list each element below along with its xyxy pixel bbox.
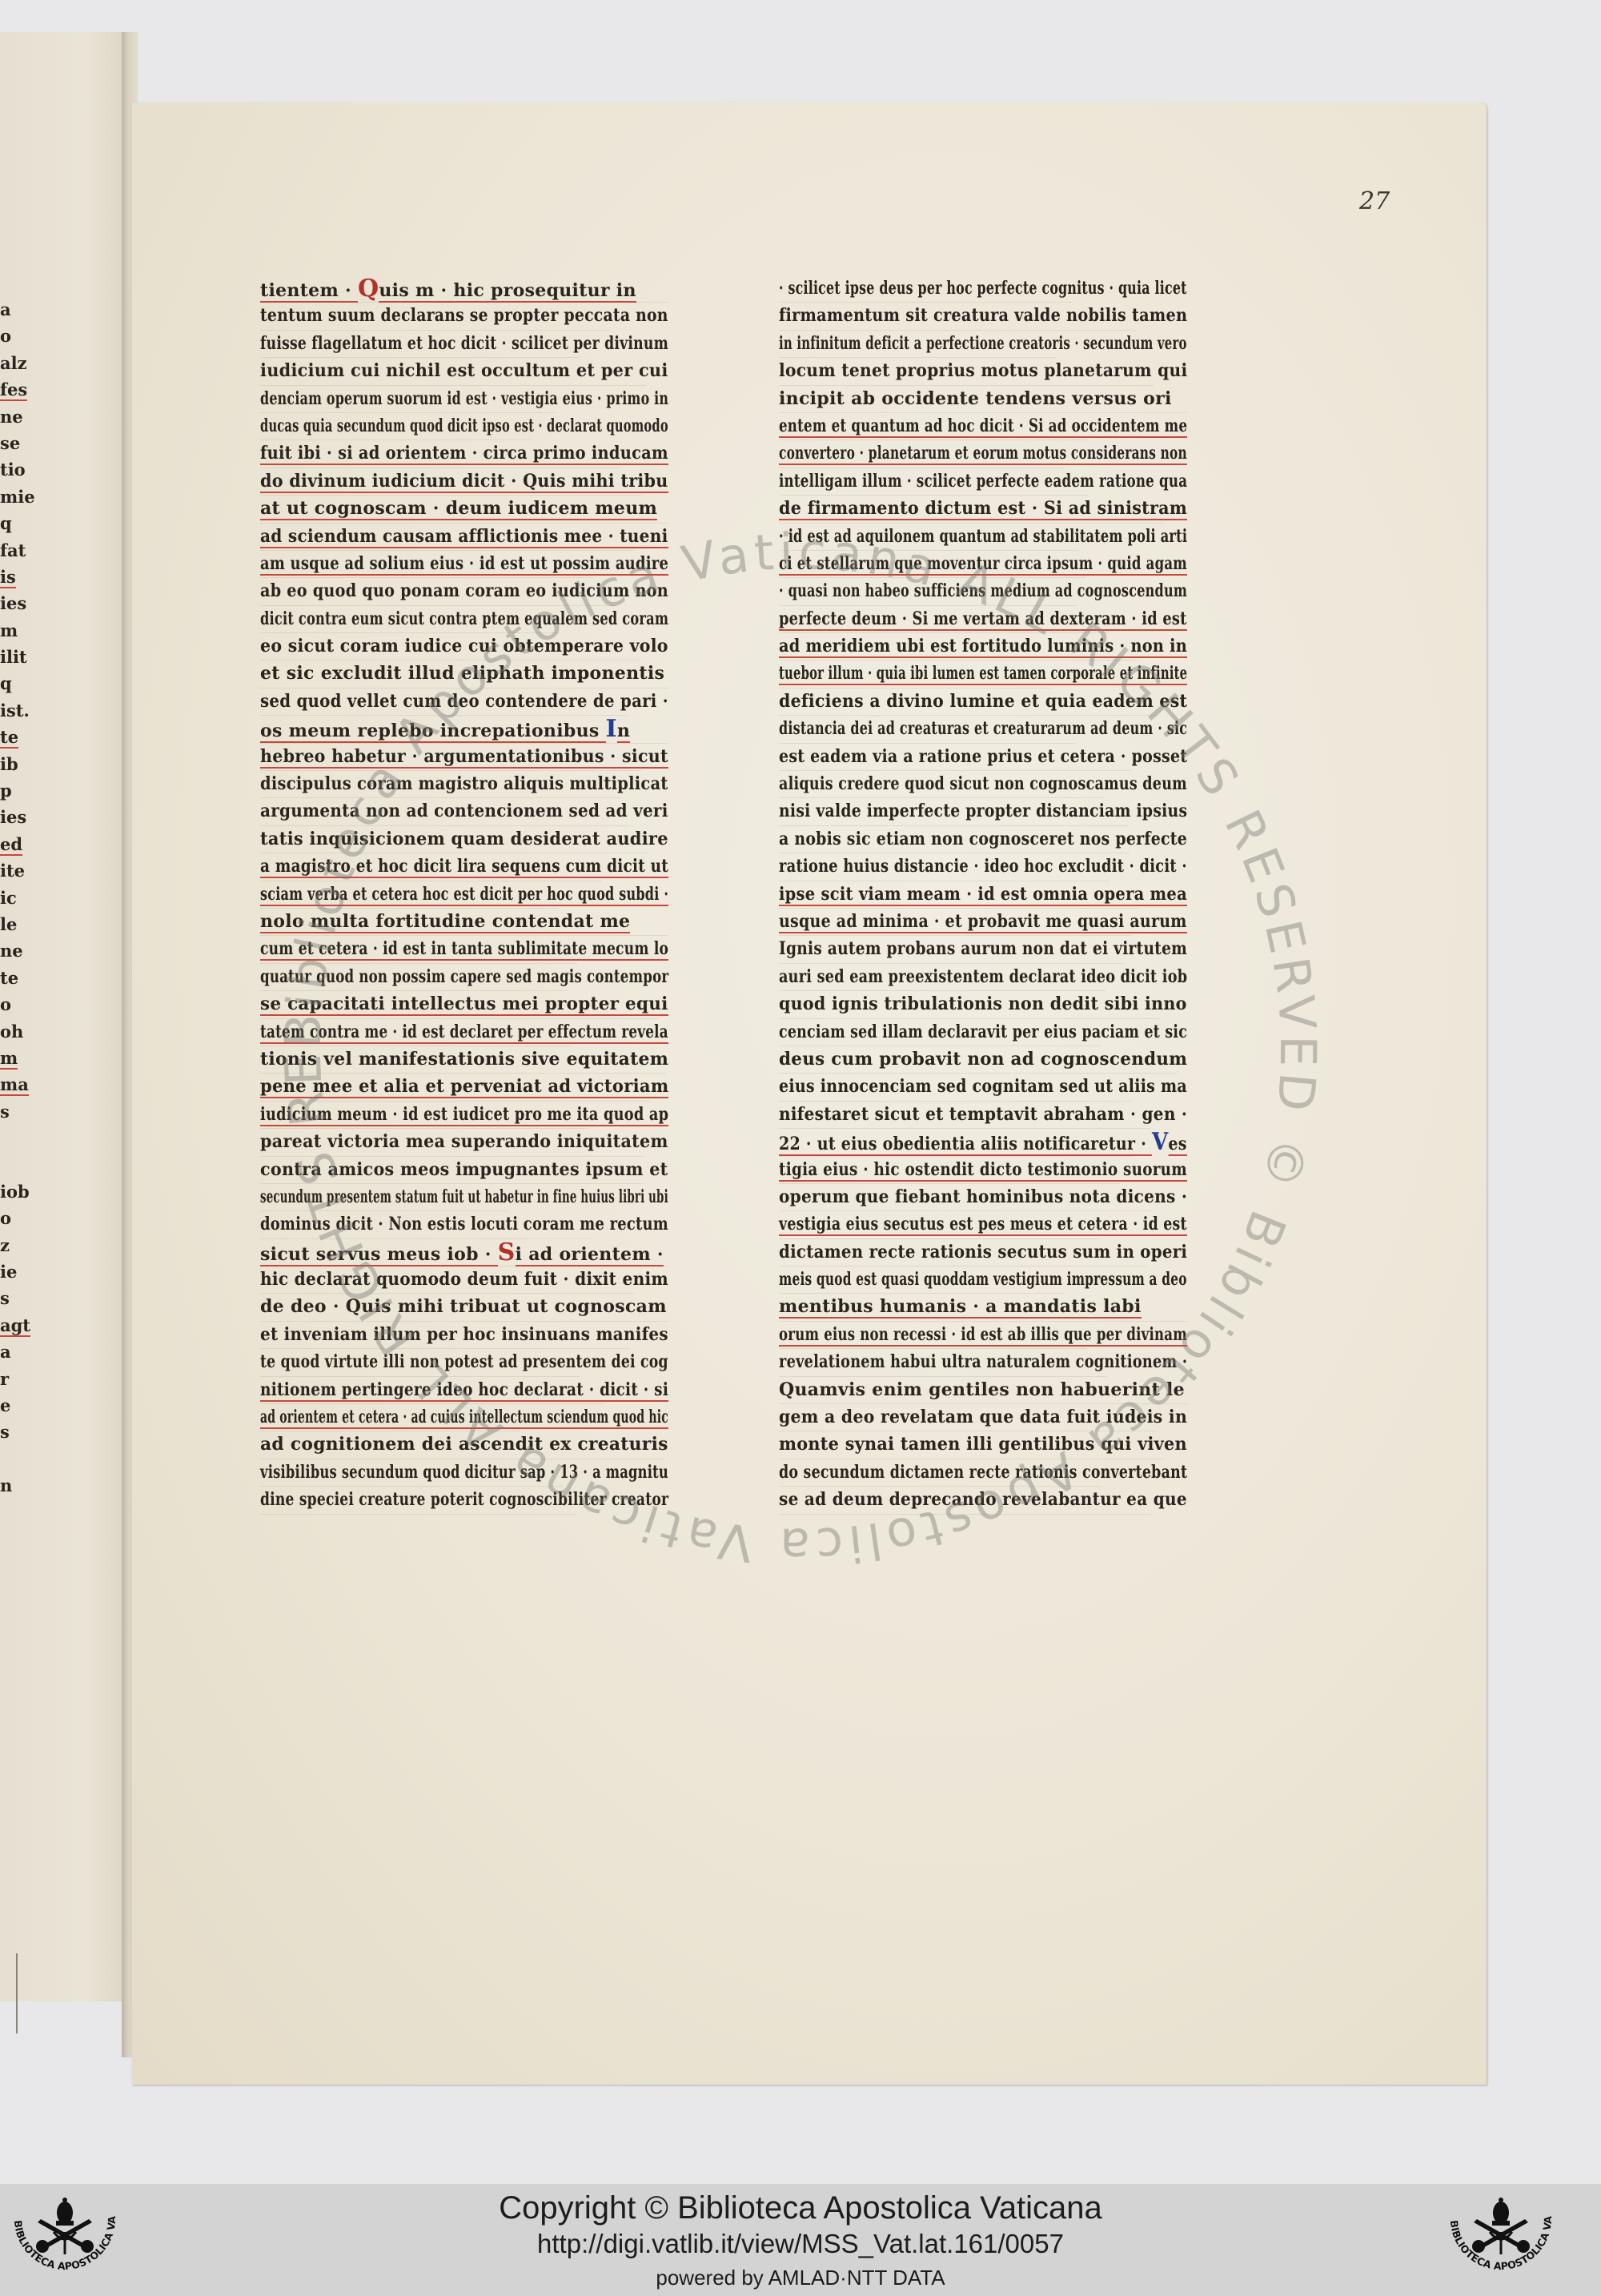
line-text: Quamvis enim gentiles non habuerint le	[779, 1379, 1185, 1400]
verso-line-fragment: te	[0, 965, 120, 991]
manuscript-line: est eadem via a ratione prius et cetera …	[779, 744, 1131, 771]
line-text: ab eo quod quo ponam coram eo iudicium n…	[260, 580, 668, 601]
line-text: at ut cognoscam · deum iudicem meum	[260, 498, 657, 520]
line-text: deus cum probavit non ad cognoscendum	[779, 1049, 1187, 1070]
line-text: ad cognitionem dei ascendit ex creaturis	[260, 1434, 668, 1455]
folio-number: 27	[1359, 187, 1390, 215]
line-text: dominus dicit · Non estis locuti coram m…	[260, 1214, 668, 1234]
manuscript-line: do divinum iudicium dicit · Quis mihi tr…	[260, 468, 644, 496]
line-text: meis quod est quasi quoddam vestigium im…	[779, 1269, 1187, 1290]
line-text: nifestaret sicut et temptavit abraham · …	[779, 1104, 1187, 1125]
line-text: nitionem pertingere ideo hoc declarat · …	[260, 1379, 668, 1402]
verso-line-fragment: o	[0, 323, 120, 349]
verso-line-fragment: is	[0, 564, 120, 590]
line-text: dine speciei creature poterit cognoscibi…	[260, 1489, 668, 1510]
manuscript-line: argumenta non ad contencionem sed ad ver…	[260, 798, 631, 825]
line-text: ducas quia secundum quod dicit ipso est …	[260, 415, 668, 436]
verso-line-fragment: r	[0, 1366, 120, 1392]
manuscript-line: orum eius non recessi · id est ab illis …	[779, 1322, 1086, 1349]
text-column-a: tientem · Quis m · hic prosequitur inten…	[260, 275, 668, 1515]
manuscript-line: ratione huius distancie · ideo hoc exclu…	[779, 853, 1110, 881]
manuscript-line: tentum suum declarans se propter peccata…	[260, 303, 609, 330]
line-text: distancia dei ad creaturas et creaturaru…	[779, 718, 1187, 739]
line-text: ad meridiem ubi est fortitudo luminis · …	[779, 636, 1187, 658]
verso-line-fragment: fes	[0, 376, 120, 403]
manuscript-line: dictamen recte rationis secutus sum in o…	[779, 1239, 1146, 1266]
manuscript-line: sicut servus meus iob · Si ad orientem ·	[260, 1239, 668, 1266]
line-text: contra amicos meos impugnantes ipsum et	[260, 1159, 668, 1180]
footer-bar: BIBLIOTECA APOSTOLICA VATICANA Copyright…	[0, 2184, 1601, 2296]
line-text: discipulus coram magistro aliquis multip…	[260, 773, 668, 794]
text-column-b: · scilicet ipse deus per hoc perfecte co…	[779, 275, 1187, 1515]
decorated-initial: S	[498, 1238, 516, 1266]
manuscript-line: de firmamento dictum est · Si ad sinistr…	[779, 496, 1163, 523]
line-text: entem et quantum ad hoc dicit · Si ad oc…	[779, 415, 1187, 438]
line-text: intelligam illum · scilicet perfecte ead…	[779, 471, 1187, 492]
line-text: tentum suum declarans se propter peccata…	[260, 305, 668, 326]
line-text: nolo multa fortitudine contendat me	[260, 911, 630, 933]
line-text: sicut servus meus iob ·	[260, 1244, 498, 1266]
line-text: sed quod vellet cum deo contendere de pa…	[260, 691, 668, 712]
verso-line-fragment: alz	[0, 350, 120, 376]
line-text: uis m · hic prosequitur in	[379, 280, 636, 303]
line-text: a magistro et hoc dicit lira sequens cum…	[260, 856, 668, 878]
decorated-initial: Q	[358, 275, 379, 303]
manuscript-line: nisi valde imperfecte propter distanciam…	[779, 798, 1128, 825]
line-text: a nobis sic etiam non cognosceret nos pe…	[779, 829, 1187, 849]
manuscript-line: quatur quod non possim capere sed magis …	[260, 964, 568, 991]
manuscript-line: hic declarat quomodo deum fuit · dixit e…	[260, 1266, 634, 1294]
line-text: mentibus humanis · a mandatis labi	[779, 1296, 1142, 1319]
line-text: tatem contra me · id est declaret per ef…	[260, 1022, 668, 1044]
manuscript-url[interactable]: http://digi.vatlib.it/view/MSS_Vat.lat.1…	[0, 2229, 1601, 2259]
manuscript-line: mentibus humanis · a mandatis labi	[779, 1294, 1187, 1321]
manuscript-line: · quasi non habeo sufficiens medium ad c…	[779, 578, 1077, 605]
manuscript-line: dominus dicit · Non estis locuti coram m…	[260, 1211, 592, 1238]
line-text: argumenta non ad contencionem sed ad ver…	[260, 801, 668, 821]
line-text: cum et cetera · id est in tanta sublimit…	[260, 938, 668, 961]
line-text: es	[1168, 1134, 1186, 1156]
manuscript-line: incipit ab occidente tendens versus ori	[779, 386, 1187, 413]
manuscript-line: eo sicut coram iudice cui obtemperare vo…	[260, 633, 641, 660]
verso-line-fragment: e	[0, 1392, 120, 1419]
manuscript-line: gem a deo revelatam que data fuit iudeis…	[779, 1404, 1158, 1431]
line-text: revelationem habui ultra naturalem cogni…	[779, 1351, 1187, 1372]
manuscript-line: Quamvis enim gentiles non habuerint le	[779, 1377, 1187, 1404]
verso-line-fragment: ne	[0, 403, 120, 430]
manuscript-line: cum et cetera · id est in tanta sublimit…	[260, 936, 577, 963]
line-text: tientem ·	[260, 280, 358, 303]
powered-by-text: powered by AMLAD·NTT DATA	[0, 2266, 1601, 2290]
manuscript-line: et sic excludit illud eliphath imponenti…	[260, 660, 668, 688]
manuscript-line: ad orientem et cetera · ad cuius intelle…	[260, 1404, 520, 1431]
manuscript-line: ipse scit viam meam · id est omnia opera…	[779, 881, 1141, 909]
line-text: tuebor illum · quia ibi lumen est tamen …	[779, 663, 1187, 685]
manuscript-line: distancia dei ad creaturas et creaturaru…	[779, 716, 1075, 743]
manuscript-line: quod ignis tribulationis non dedit sibi …	[779, 991, 1161, 1018]
manuscript-line: aliquis credere quod sicut non cognoscam…	[779, 771, 1104, 798]
verso-line-fragment: tio	[0, 456, 120, 483]
manuscript-line: tuebor illum · quia ibi lumen est tamen …	[779, 660, 1053, 688]
verso-line-fragment: le	[0, 911, 120, 937]
manuscript-line: iudicium meum · id est iudicet pro me it…	[260, 1102, 589, 1129]
line-text: auri sed eam preexistentem declarat ideo…	[779, 966, 1187, 987]
line-text: sciam verba et cetera hoc est dicit per …	[260, 884, 668, 906]
manuscript-line: se ad deum deprecando revelabantur ea qu…	[779, 1487, 1151, 1514]
line-text: i ad orientem ·	[516, 1244, 664, 1266]
verso-line-fragment: ie	[0, 1258, 120, 1285]
manuscript-line: te quod virtute illi non potest ad prese…	[260, 1349, 580, 1376]
manuscript-line: ci et stellarum que moventur circa ipsum…	[779, 551, 1085, 578]
line-text: tionis vel manifestationis sive equitate…	[260, 1049, 668, 1070]
vatican-library-seal-icon: BIBLIOTECA APOSTOLICA VATICANA	[1441, 2195, 1561, 2290]
manuscript-line: tigia eius · hic ostendit dicto testimon…	[779, 1157, 1120, 1184]
line-text: os meum replebo increpationibus	[260, 721, 606, 743]
verso-line-fragment: te	[0, 724, 120, 750]
verso-line-fragment: q	[0, 510, 120, 536]
verso-line-fragment	[0, 1125, 120, 1151]
verso-line-fragment: mie	[0, 484, 120, 510]
manuscript-line: nitionem pertingere ideo hoc declarat · …	[260, 1377, 604, 1404]
verso-page-fragment: aoalzfesnesetiomieqfatisiesmilitqist.tei…	[0, 32, 124, 2001]
line-text: · quasi non habeo sufficiens medium ad c…	[779, 580, 1187, 601]
verso-line-fragment: agt	[0, 1312, 120, 1339]
manuscript-line: usque ad minima · et probavit me quasi a…	[779, 909, 1131, 936]
line-text: in infinitum deficit a perfectione creat…	[779, 333, 1187, 354]
verso-line-fragment: p	[0, 777, 120, 804]
manuscript-line: os meum replebo increpationibus In	[260, 716, 668, 743]
verso-line-fragment: ies	[0, 590, 120, 616]
line-text: incipit ab occidente tendens versus ori	[779, 388, 1172, 409]
manuscript-line: pene mee et alia et perveniat ad victori…	[260, 1074, 651, 1101]
manuscript-line: in infinitum deficit a perfectione creat…	[779, 331, 1056, 358]
line-text: quod ignis tribulationis non dedit sibi …	[779, 993, 1187, 1014]
line-text: et sic excludit illud eliphath imponenti…	[260, 663, 664, 684]
manuscript-line: tatem contra me · id est declaret per ef…	[260, 1019, 572, 1046]
line-text: se capacitati intellectus mei propter eq…	[260, 993, 668, 1016]
line-text: perfecte deum · Si me vertam ad dexteram…	[779, 608, 1187, 631]
line-text: · id est ad aquilonem quantum ad stabili…	[779, 526, 1187, 547]
line-text: vestigia eius secutus est pes meus et ce…	[779, 1214, 1187, 1236]
manuscript-line: deus cum probavit non ad cognoscendum	[779, 1046, 1177, 1074]
manuscript-line: sed quod vellet cum deo contendere de pa…	[260, 688, 627, 716]
line-text: monte synai tamen illi gentilibus qui vi…	[779, 1434, 1187, 1455]
verso-line-fragment: ne	[0, 937, 120, 964]
manuscript-line: · id est ad aquilonem quantum ad stabili…	[779, 524, 1079, 551]
verso-line-fragment: ite	[0, 857, 120, 884]
manuscript-line: operum que fiebant hominibus nota dicens…	[779, 1184, 1151, 1211]
verso-ruling-line	[16, 1953, 18, 2033]
verso-line-fragment: s	[0, 1285, 120, 1311]
manuscript-line: ad sciendum causam afflictionis mee · tu…	[260, 524, 633, 551]
verso-line-fragment: m	[0, 617, 120, 644]
line-text: Ignis autem probans aurum non dat ei vir…	[779, 938, 1187, 959]
manuscript-line: cenciam sed illam declaravit per eius pa…	[779, 1019, 1101, 1046]
manuscript-line: dine speciei creature poterit cognoscibi…	[260, 1487, 577, 1514]
manuscript-line: Ignis autem probans aurum non dat ei vir…	[779, 936, 1124, 963]
manuscript-line: tionis vel manifestationis sive equitate…	[260, 1046, 666, 1074]
manuscript-line: hebreo habetur · argumentationibus · sic…	[260, 744, 641, 771]
line-text: 22 · ut eius obedientia aliis notificare…	[779, 1134, 1152, 1156]
line-text: deficiens a divino lumine et quia eadem …	[779, 691, 1187, 712]
manuscript-line: visibilibus secundum quod dicitur sap · …	[260, 1459, 563, 1487]
line-text: orum eius non recessi · id est ab illis …	[779, 1324, 1187, 1347]
line-text: ci et stellarum que moventur circa ipsum…	[779, 553, 1187, 576]
manuscript-line: ab eo quod quo ponam coram eo iudicium n…	[260, 578, 616, 605]
line-text: gem a deo revelatam que data fuit iudeis…	[779, 1407, 1187, 1427]
line-text: firmamentum sit creatura valde nobilis t…	[779, 305, 1187, 326]
line-text: tatis inquisicionem quam desiderat audir…	[260, 829, 668, 849]
verso-line-fragment: a	[0, 1339, 120, 1365]
decorated-initial: I	[606, 715, 617, 743]
verso-line-fragment: s	[0, 1419, 120, 1445]
manuscript-line: ad cognitionem dei ascendit ex creaturis	[260, 1431, 664, 1459]
manuscript-line: tientem · Quis m · hic prosequitur in	[260, 275, 668, 303]
line-text: ipse scit viam meam · id est omnia opera…	[779, 884, 1187, 906]
line-text: te quod virtute illi non potest ad prese…	[260, 1351, 668, 1372]
manuscript-line: ducas quia secundum quod dicit ipso est …	[260, 413, 532, 440]
manuscript-line: 22 · ut eius obedientia aliis notificare…	[779, 1129, 1133, 1156]
line-text: quatur quod non possim capere sed magis …	[260, 966, 668, 987]
verso-line-fragment: iob	[0, 1178, 120, 1205]
line-text: secundum presentem statum fuit ut habetu…	[260, 1186, 668, 1207]
line-text: iudicium cui nichil est occultum et per …	[260, 360, 668, 381]
verso-line-fragment: ma	[0, 1071, 120, 1098]
manuscript-line: at ut cognoscam · deum iudicem meum	[260, 496, 668, 523]
line-text: et inveniam illum per hoc insinuans mani…	[260, 1324, 668, 1345]
manuscript-line: locum tenet proprius motus planetarum qu…	[779, 358, 1154, 385]
line-text: pareat victoria mea superando iniquitate…	[260, 1131, 668, 1152]
verso-line-fragment	[0, 1152, 120, 1178]
line-text: ad sciendum causam afflictionis mee · tu…	[260, 526, 668, 548]
manuscript-line: se capacitati intellectus mei propter eq…	[260, 991, 658, 1018]
line-text: de deo · Quis mihi tribuat ut cognoscam	[260, 1296, 667, 1317]
line-text: denciam operum suorum id est · vestigia …	[260, 388, 668, 409]
manuscript-line: nifestaret sicut et temptavit abraham · …	[779, 1102, 1150, 1129]
verso-line-fragment: n	[0, 1472, 120, 1499]
line-text: eo sicut coram iudice cui obtemperare vo…	[260, 636, 668, 656]
verso-line-fragment: fat	[0, 537, 120, 564]
decorated-initial: V	[1152, 1128, 1168, 1156]
line-text: locum tenet proprius motus planetarum qu…	[779, 360, 1187, 381]
line-text: do divinum iudicium dicit · Quis mihi tr…	[260, 471, 668, 493]
line-text: est eadem via a ratione prius et cetera …	[779, 746, 1187, 767]
line-text: fuisse flagellatum et hoc dicit · scilic…	[260, 333, 668, 354]
manuscript-line: secundum presentem statum fuit ut habetu…	[260, 1184, 508, 1211]
verso-line-fragment: ies	[0, 804, 120, 830]
line-text: se ad deum deprecando revelabantur ea qu…	[779, 1489, 1187, 1510]
image-viewer: aoalzfesnesetiomieqfatisiesmilitqist.tei…	[0, 0, 1601, 2184]
manuscript-line: revelationem habui ultra naturalem cogni…	[779, 1349, 1107, 1376]
line-text: do secundum dictamen recte rationis conv…	[779, 1462, 1187, 1483]
line-text: · scilicet ipse deus per hoc perfecte co…	[779, 278, 1187, 299]
verso-line-fragment: z	[0, 1232, 120, 1258]
verso-line-fragment: o	[0, 1205, 120, 1231]
manuscript-line: vestigia eius secutus est pes meus et ce…	[779, 1211, 1101, 1238]
line-text: ratione huius distancie · ideo hoc exclu…	[779, 856, 1187, 877]
manuscript-line: auri sed eam preexistentem declarat ideo…	[779, 964, 1106, 991]
verso-line-fragment: o	[0, 991, 120, 1018]
line-text: usque ad minima · et probavit me quasi a…	[779, 911, 1187, 933]
manuscript-line: iudicium cui nichil est occultum et per …	[260, 358, 647, 385]
manuscript-line: perfecte deum · Si me vertam ad dexteram…	[779, 606, 1109, 633]
manuscript-line: sciam verba et cetera hoc est dicit per …	[260, 881, 558, 909]
verso-line-fragment: s	[0, 1098, 120, 1125]
manuscript-line: do secundum dictamen recte rationis conv…	[779, 1459, 1101, 1487]
verso-line-fragment: q	[0, 670, 120, 696]
line-text: de firmamento dictum est · Si ad sinistr…	[779, 498, 1187, 520]
line-text: convertero · planetarum et eorum motus c…	[779, 443, 1187, 465]
manuscript-line: fuit ibi · si ad orientem · circa primo …	[260, 440, 620, 468]
manuscript-line: fuisse flagellatum et hoc dicit · scilic…	[260, 331, 579, 358]
manuscript-line: denciam operum suorum id est · vestigia …	[260, 386, 555, 413]
manuscript-line: am usque ad solium eius · id est ut poss…	[260, 551, 592, 578]
manuscript-line: dicit contra eum sicut contra ptem equal…	[260, 606, 560, 633]
verso-line-fragment: a	[0, 296, 120, 323]
line-text: operum que fiebant hominibus nota dicens…	[779, 1186, 1187, 1207]
verso-line-fragment: ib	[0, 751, 120, 777]
manuscript-line: entem et quantum ad hoc dicit · Si ad oc…	[779, 413, 1087, 440]
line-text: n	[617, 721, 630, 743]
verso-line-fragment: se	[0, 430, 120, 456]
line-text: fuit ibi · si ad orientem · circa primo …	[260, 443, 668, 465]
copyright-text: Copyright © Biblioteca Apostolica Vatica…	[0, 2190, 1601, 2226]
manuscript-line: monte synai tamen illi gentilibus qui vi…	[779, 1431, 1165, 1459]
manuscript-line: et inveniam illum per hoc insinuans mani…	[260, 1322, 630, 1349]
line-text: iudicium meum · id est iudicet pro me it…	[260, 1104, 668, 1126]
line-text: tigia eius · hic ostendit dicto testimon…	[779, 1159, 1187, 1182]
manuscript-line: convertero · planetarum et eorum motus c…	[779, 440, 1065, 468]
line-text: am usque ad solium eius · id est ut poss…	[260, 553, 668, 576]
line-text: dictamen recte rationis secutus sum in o…	[779, 1242, 1187, 1262]
manuscript-line: tatis inquisicionem quam desiderat audir…	[260, 826, 648, 853]
line-text: visibilibus secundum quod dicitur sap · …	[260, 1462, 668, 1483]
verso-line-fragment: ic	[0, 885, 120, 911]
line-text: hic declarat quomodo deum fuit · dixit e…	[260, 1269, 668, 1290]
manuscript-line: intelligam illum · scilicet perfecte ead…	[779, 468, 1088, 496]
line-text: eius innocenciam sed cognitam sed ut ali…	[779, 1076, 1187, 1097]
manuscript-line: discipulus coram magistro aliquis multip…	[260, 771, 621, 798]
manuscript-line: ad meridiem ubi est fortitudo luminis · …	[779, 633, 1138, 660]
manuscript-line: a nobis sic etiam non cognosceret nos pe…	[779, 826, 1130, 853]
verso-text-column: aoalzfesnesetiomieqfatisiesmilitqist.tei…	[0, 296, 120, 1499]
line-text: dicit contra eum sicut contra ptem equal…	[260, 608, 668, 629]
manuscript-line: de deo · Quis mihi tribuat ut cognoscam	[260, 1294, 668, 1321]
verso-line-fragment: ist.	[0, 697, 120, 724]
line-text: nisi valde imperfecte propter distanciam…	[779, 801, 1187, 821]
line-text: cenciam sed illam declaravit per eius pa…	[779, 1022, 1187, 1042]
manuscript-line: pareat victoria mea superando iniquitate…	[260, 1129, 644, 1156]
manuscript-line: meis quod est quasi quoddam vestigium im…	[779, 1266, 1064, 1294]
manuscript-line: contra amicos meos impugnantes ipsum et	[260, 1157, 644, 1184]
line-text: ad orientem et cetera · ad cuius intelle…	[260, 1407, 668, 1429]
manuscript-line: eius innocenciam sed cognitam sed ut ali…	[779, 1074, 1132, 1101]
manuscript-line: firmamentum sit creatura valde nobilis t…	[779, 303, 1136, 330]
verso-line-fragment: oh	[0, 1018, 120, 1045]
line-text: hebreo habetur · argumentationibus · sic…	[260, 746, 668, 769]
manuscript-line: deficiens a divino lumine et quia eadem …	[779, 688, 1158, 716]
verso-line-fragment: ed	[0, 831, 120, 857]
verso-line-fragment: ilit	[0, 644, 120, 670]
manuscript-line: nolo multa fortitudine contendat me	[260, 909, 668, 936]
verso-line-fragment	[0, 1446, 120, 1472]
manuscript-line: · scilicet ipse deus per hoc perfecte co…	[779, 275, 1073, 303]
line-text: aliquis credere quod sicut non cognoscam…	[779, 773, 1187, 794]
line-text: pene mee et alia et perveniat ad victori…	[260, 1076, 668, 1098]
manuscript-line: a magistro et hoc dicit lira sequens cum…	[260, 853, 602, 881]
verso-line-fragment: m	[0, 1045, 120, 1071]
